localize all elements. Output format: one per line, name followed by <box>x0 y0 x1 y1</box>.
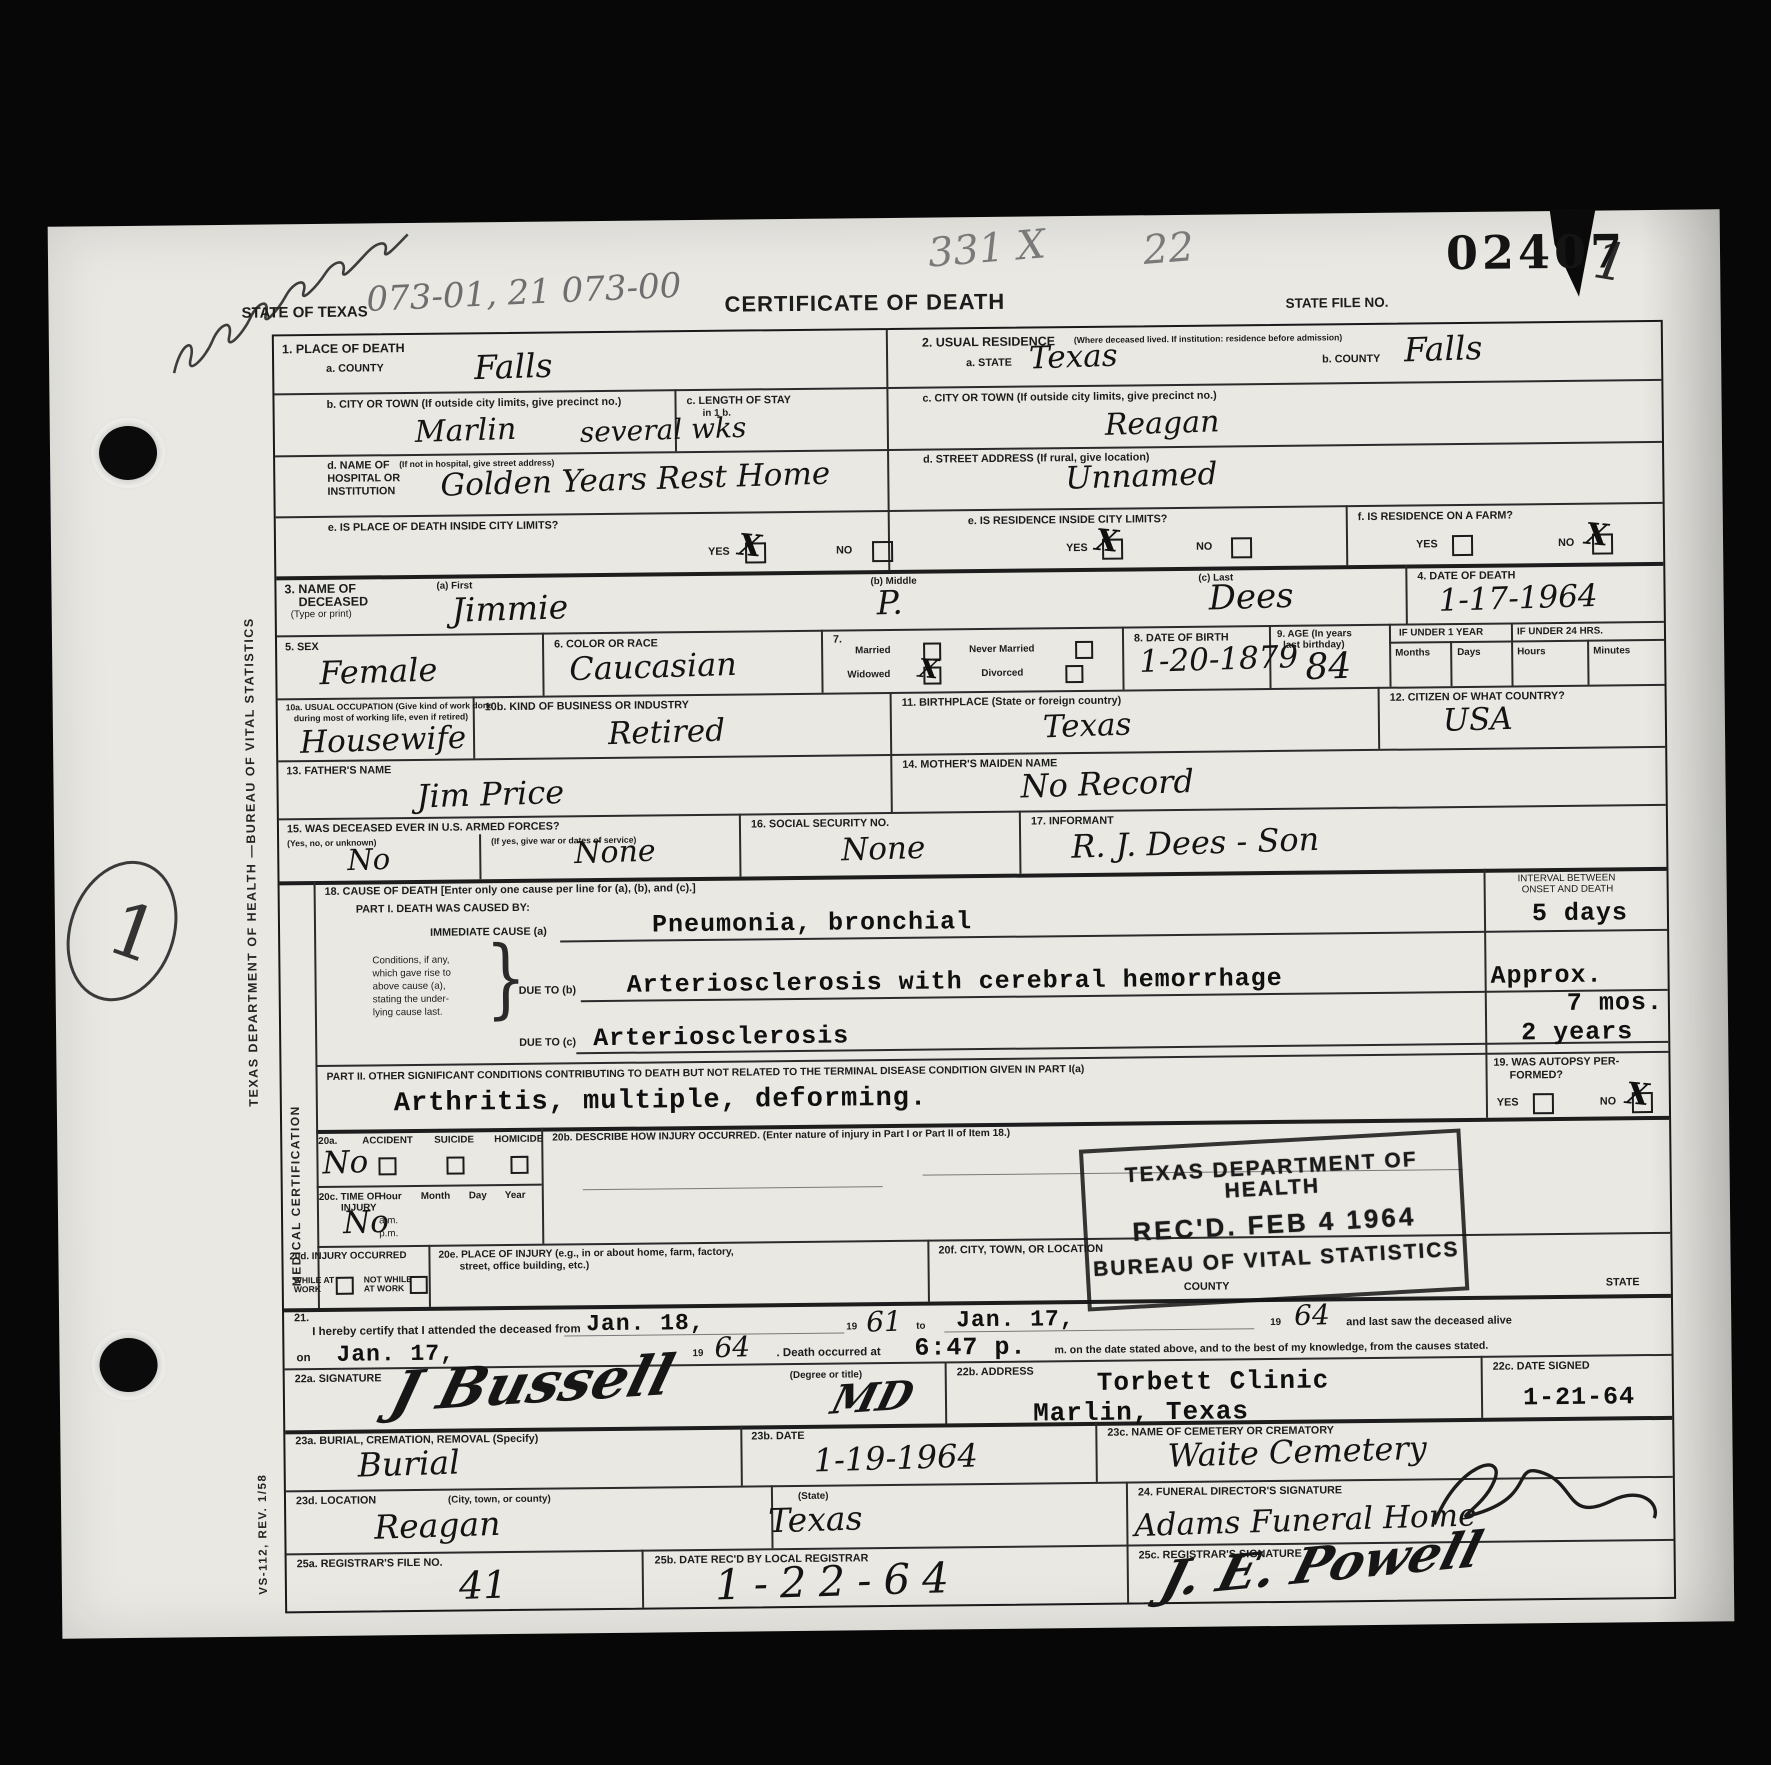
field-14-value: No Record <box>1020 765 1194 802</box>
field-19-label-2: FORMED? <box>1510 1069 1564 1082</box>
checkbox-1e-no <box>872 541 893 562</box>
death-certificate-sheet: 1 1 STATE OF TEXAS 073-01, 21 073-00 CER… <box>48 209 1735 1638</box>
field-2b-label: b. COUNTY <box>1322 353 1380 366</box>
field-2e-yes-label: YES <box>1066 542 1088 555</box>
cert-to-date: Jan. 17, <box>956 1308 1075 1332</box>
field-2d-value: Unnamed <box>1065 459 1218 495</box>
field-20a-homicide: HOMICIDE <box>494 1134 543 1146</box>
cert-text-4: m. on the date stated above, and to the … <box>1054 1340 1488 1357</box>
cert-death-time: 6:47 p. <box>914 1335 1026 1361</box>
field-23c-value: Waite Cemetery <box>1167 1432 1427 1472</box>
field-3b-value: P. <box>876 586 903 620</box>
conditions-note-3: above cause (a), <box>373 981 446 993</box>
circled-annotation-digit: 1 <box>97 885 170 982</box>
field-20c-month: Month <box>421 1191 451 1203</box>
field-10b-value: Retired <box>608 716 726 751</box>
checkbox-20d-while <box>336 1277 354 1295</box>
state-file-no-label: STATE FILE NO. <box>1285 295 1388 312</box>
field-22c-label: 22c. DATE SIGNED <box>1493 1360 1590 1373</box>
field-1b-value: Marlin <box>414 415 516 448</box>
handwritten-x-widowed: X <box>917 656 940 684</box>
cert-year-64b: 64 <box>714 1333 751 1362</box>
field-23d-value-2: Texas <box>768 1501 863 1537</box>
field-5-value: Female <box>319 654 438 690</box>
pencil-note-331: 331 X <box>927 224 1047 273</box>
field-18-part1: PART I. DEATH WAS CAUSED BY: <box>356 902 530 916</box>
field-3a-value: Jimmie <box>451 590 568 627</box>
field-1d-label-2: HOSPITAL OR <box>327 472 400 485</box>
field-23d-label: 23d. LOCATION <box>296 1494 376 1507</box>
field-2f-label: f. IS RESIDENCE ON A FARM? <box>1358 509 1513 523</box>
field-3c-value: Dees <box>1208 579 1294 616</box>
field-19-no-label: NO <box>1600 1095 1616 1108</box>
field-19-yes-label: YES <box>1497 1096 1519 1109</box>
checkbox-19-yes <box>1533 1093 1554 1114</box>
checkbox-20a-accident <box>378 1157 396 1175</box>
cert-on: on <box>296 1352 310 1365</box>
field-8-value: 1-20-1879 <box>1139 642 1299 678</box>
field-20e-label-2: street, office building, etc.) <box>460 1260 590 1273</box>
field-1-title: 1. PLACE OF DEATH <box>282 341 405 357</box>
field-22b-value-2: Marlin, Texas <box>1033 1398 1249 1426</box>
field-18b-value: Arteriosclerosis with cerebral hemorrhag… <box>626 966 1282 998</box>
checkbox-20d-notwhile <box>410 1276 428 1294</box>
checkbox-20a-homicide <box>510 1156 528 1174</box>
field-9-under1yr-label: IF UNDER 1 YEAR <box>1399 627 1483 639</box>
microfilm-scan: 1 1 STATE OF TEXAS 073-01, 21 073-00 CER… <box>0 0 1771 1765</box>
handwritten-x-19-no: X <box>1624 1079 1650 1111</box>
interval-c-value: 2 years <box>1521 1019 1633 1045</box>
checkbox-7-nevermarried <box>1075 641 1093 659</box>
cert-text-3: . Death occurred at <box>776 1346 880 1360</box>
cert-text-1: I hereby certify that I attended the dec… <box>312 1323 581 1339</box>
conditions-note-1: Conditions, if any, <box>372 955 449 967</box>
field-20c-year: Year <box>505 1190 526 1201</box>
field-2a-value: Texas <box>1029 341 1118 375</box>
field-19-label-1: 19. WAS AUTOPSY PER- <box>1493 1055 1619 1069</box>
handwritten-x-2f-no: X <box>1584 520 1610 552</box>
field-1d-label-3: INSTITUTION <box>327 485 395 498</box>
field-20d-label: 20d. INJURY OCCURRED <box>289 1250 406 1262</box>
field-9-months-label: Months <box>1395 647 1430 659</box>
field-2b-value: Falls <box>1404 331 1483 366</box>
field-18-part2-value: Arthritis, multiple, deforming. <box>394 1086 928 1119</box>
medical-certification-label: MEDICAL CERTIFICATION <box>286 956 303 1286</box>
field-22c-value: 1-21-64 <box>1523 1384 1635 1410</box>
field-4-value: 1-17-1964 <box>1438 581 1598 617</box>
field-18c-label: DUE TO (c) <box>519 1036 576 1049</box>
field-15-value-2: None <box>574 837 656 870</box>
field-25b-value: 1-22-64 <box>714 1557 961 1607</box>
field-2f-no-label: NO <box>1558 537 1574 550</box>
field-1b-label: b. CITY OR TOWN (If outside city limits,… <box>326 396 621 411</box>
field-15-label: 15. WAS DECEASED EVER IN U.S. ARMED FORC… <box>287 820 560 835</box>
field-25a-label: 25a. REGISTRAR'S FILE NO. <box>297 1557 443 1571</box>
field-7-married-label: Married <box>855 645 891 657</box>
cert-from-date: Jan. 18, <box>586 1312 705 1336</box>
field-9-minutes-label: Minutes <box>1593 645 1630 657</box>
field-2e-label: e. IS RESIDENCE INSIDE CITY LIMITS? <box>968 513 1168 527</box>
field-1c-value: several wks <box>579 414 746 447</box>
handwritten-x-2e-yes: X <box>1094 526 1120 558</box>
cert-to: to <box>916 1321 925 1332</box>
interval-a-value: 5 days <box>1532 900 1628 926</box>
certificate-number-stamp: 02407 <box>1446 224 1627 280</box>
field-1e-yes-label: YES <box>708 546 730 559</box>
checkbox-7-divorced <box>1065 665 1083 683</box>
field-18a-value: Pneumonia, bronchial <box>652 909 972 937</box>
field-2c-label: c. CITY OR TOWN (If outside city limits,… <box>922 390 1216 405</box>
field-20f-state: STATE <box>1606 1276 1640 1289</box>
field-1c-label: c. LENGTH OF STAY <box>686 394 791 407</box>
physician-signature: J Bussell <box>385 1347 679 1420</box>
field-18-part2-label: PART II. OTHER SIGNIFICANT CONDITIONS CO… <box>327 1064 1085 1084</box>
conditions-note-2: which gave rise to <box>372 968 451 980</box>
handwritten-x-1e-yes: X <box>737 530 763 562</box>
field-9-days-label: Days <box>1457 647 1481 659</box>
field-20d-while-2: WORK <box>294 1285 321 1295</box>
field-13-label: 13. FATHER'S NAME <box>286 764 391 778</box>
field-20a-value: No <box>322 1147 369 1179</box>
field-23a-value: Burial <box>357 1445 460 1481</box>
field-2e-no-label: NO <box>1196 541 1212 554</box>
field-20c-am: a.m. <box>379 1215 398 1226</box>
physician-degree: MD <box>827 1376 918 1421</box>
field-13-value: Jim Price <box>416 776 564 813</box>
stamp-line-1: TEXAS DEPARTMENT OF HEALTH <box>1084 1147 1460 1210</box>
field-1d-value: Golden Years Rest Home <box>440 459 831 502</box>
field-7-widowed-label: Widowed <box>847 669 890 681</box>
field-22b-label: 22b. ADDRESS <box>957 1366 1034 1379</box>
field-9-under24-label: IF UNDER 24 HRS. <box>1517 626 1603 638</box>
pencil-note-22: 22 <box>1141 227 1195 271</box>
field-15-value-1: No <box>347 845 391 875</box>
field-18b-label: DUE TO (b) <box>519 984 577 997</box>
cert-19-b: 19 <box>1270 1317 1281 1328</box>
conditions-brace: } <box>485 929 527 1029</box>
field-20d-notwhile-2: AT WORK <box>364 1284 405 1294</box>
field-16-label: 16. SOCIAL SECURITY NO. <box>751 817 889 831</box>
left-margin-agency: TEXAS DEPARTMENT OF HEALTH —BUREAU OF VI… <box>240 467 261 1107</box>
checkbox-20a-suicide <box>446 1156 464 1174</box>
field-22a-label: 22a. SIGNATURE <box>295 1372 382 1385</box>
field-7-label: 7. <box>833 633 842 646</box>
conditions-note-5: lying cause last. <box>373 1007 443 1019</box>
field-7-nevermarried-label: Never Married <box>969 643 1034 655</box>
conditions-note-4: stating the under- <box>373 994 449 1006</box>
field-20a-suicide: SUICIDE <box>434 1134 474 1146</box>
interval-label-2: ONSET AND DEATH <box>1522 883 1614 895</box>
field-2c-value: Reagan <box>1104 407 1220 441</box>
field-18b-value-overflow: Approx. <box>1490 963 1602 989</box>
field-1d-label-1: d. NAME OF <box>327 459 390 472</box>
field-23b-value: 1-19-1964 <box>813 1439 978 1476</box>
field-20c-pm: p.m. <box>379 1228 398 1239</box>
cert-year-61: 61 <box>866 1308 903 1337</box>
field-2a-label: a. STATE <box>966 357 1012 370</box>
field-9-value: 84 <box>1305 649 1352 686</box>
circled-annotation: 1 <box>48 846 196 1017</box>
field-11-value: Texas <box>1042 710 1131 744</box>
field-5-label: 5. SEX <box>285 641 319 654</box>
field-7-divorced-label: Divorced <box>981 668 1023 680</box>
field-18-title: 18. CAUSE OF DEATH [Enter only one cause… <box>325 882 696 898</box>
field-20a-accident: ACCIDENT <box>362 1135 413 1147</box>
checkbox-2e-no <box>1231 537 1252 558</box>
field-18c-value: Arteriosclerosis <box>593 1023 849 1051</box>
cert-19-a: 19 <box>846 1321 857 1332</box>
certificate-title: CERTIFICATE OF DEATH <box>724 289 1005 317</box>
state-label: STATE OF TEXAS <box>241 303 367 322</box>
cert-text-2: and last saw the deceased alive <box>1346 1315 1512 1329</box>
received-stamp: TEXAS DEPARTMENT OF HEALTH REC'D. FEB 4 … <box>1079 1128 1469 1311</box>
field-17-value: R. J. Dees - Son <box>1071 823 1320 863</box>
field-16-value: None <box>841 833 926 867</box>
field-25a-value: 41 <box>458 1566 508 1606</box>
field-12-value: USA <box>1442 704 1513 737</box>
checkbox-2f-yes <box>1452 535 1473 556</box>
field-2f-yes-label: YES <box>1416 538 1438 551</box>
field-3-title-3: (Type or print) <box>291 609 352 621</box>
field-9-hours-label: Hours <box>1517 646 1545 658</box>
cert-19-c: 19 <box>692 1348 703 1359</box>
cert-year-64a: 64 <box>1294 1301 1331 1330</box>
field-24-label: 24. FUNERAL DIRECTOR'S SIGNATURE <box>1138 1484 1342 1499</box>
field-20c-hour: Hour <box>379 1191 402 1203</box>
field-21-label: 21. <box>294 1312 309 1325</box>
field-23d-value-1: Reagan <box>374 1507 501 1544</box>
certificate-form: 1. PLACE OF DEATH a. COUNTY Falls b. CIT… <box>272 320 1676 1613</box>
form-code: VS-112, REV. 1/58 <box>257 1465 270 1595</box>
field-6-value: Caucasian <box>569 648 737 685</box>
field-10a-value: Housewife <box>300 723 467 759</box>
field-20f-label: 20f. CITY, TOWN, OR LOCATION <box>938 1243 1103 1257</box>
field-1e-no-label: NO <box>836 544 852 557</box>
field-23b-label: 23b. DATE <box>751 1430 804 1443</box>
field-10b-label: 10b. KIND OF BUSINESS OR INDUSTRY <box>485 699 689 714</box>
field-1a-label: a. COUNTY <box>326 362 384 375</box>
field-1e-label: e. IS PLACE OF DEATH INSIDE CITY LIMITS? <box>328 519 559 534</box>
field-20c-day: Day <box>469 1190 487 1201</box>
field-22b-value-1: Torbett Clinic <box>1097 1367 1330 1395</box>
field-3-title-2: DECEASED <box>299 594 369 609</box>
field-1a-value: Falls <box>474 349 553 384</box>
interval-b-value: 7 mos. <box>1567 990 1663 1016</box>
